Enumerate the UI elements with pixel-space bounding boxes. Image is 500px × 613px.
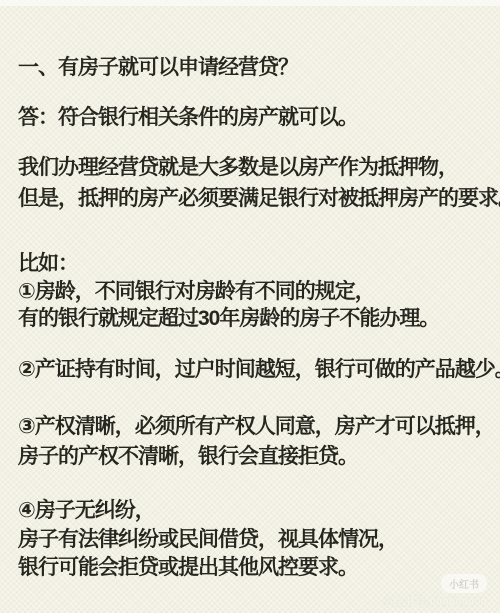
top-edge-strip (0, 0, 500, 6)
question-title: 一、有房子就可以申请经营贷？ (18, 54, 500, 82)
xiaohongshu-watermark-badge: 小红书 (441, 574, 487, 593)
item2-line-1: ②产证持有时间，过户时间越短，银行可做的产品越少。 (18, 356, 500, 384)
item4-line-1: ④房子无纠纷， (18, 497, 500, 526)
example-intro: 比如： (18, 250, 500, 278)
item1-line-1: ①房龄，不同银行对房龄有不同的规定， (18, 278, 500, 306)
paragraph-line-1: 我们办理经营贷就是大多数是以房产作为抵押物， (18, 152, 500, 183)
item1-line-2: 有的银行就规定超过30年房龄的房子不能办理。 (18, 305, 500, 333)
watermark-id-label: 小红书号: (382, 596, 430, 608)
watermark-id-digits: 000000000 (430, 596, 487, 608)
paragraph-line-2: 但是，抵押的房产必须要满足银行对被抵押房产的要求。 (18, 183, 500, 214)
item4-line-2: 房子有法律纠纷或民间借贷，视具体情况， (18, 526, 500, 555)
xiaohongshu-watermark-id: 小红书号:000000000 (382, 594, 487, 609)
item4-line-3: 银行可能会拒贷或提出其他风控要求。 (18, 554, 500, 583)
item3-line-1: ③产权清晰，必须所有产权人同意，房产才可以抵押， (18, 412, 500, 442)
post-image: 一、有房子就可以申请经营贷？ 答：符合银行相关条件的房产就可以。 我们办理经营贷… (0, 0, 500, 613)
answer-line: 答：符合银行相关条件的房产就可以。 (18, 104, 500, 132)
item3-line-2: 房子的产权不清晰，银行会直接拒贷。 (18, 442, 500, 472)
